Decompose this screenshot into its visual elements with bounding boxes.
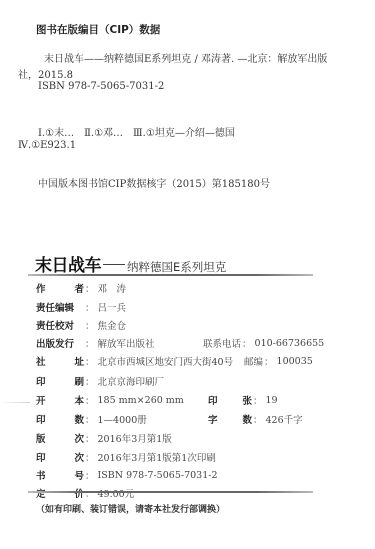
row-label: 作者 (36, 281, 84, 295)
row-label: 开本 (36, 393, 84, 407)
colophon-row-format: 开本 ： 185 mm×260 mm (36, 393, 184, 407)
cip-classification-line-1: Ⅰ.①末… Ⅱ.①邓… Ⅲ.①坦克—介绍—德国 (38, 124, 235, 139)
row-value: ISBN 978-7-5065-7031-2 (98, 470, 218, 481)
colophon-row-printer: 印刷 ： 北京京海印刷厂 (36, 374, 164, 388)
row-value: 1—4000册 (98, 412, 147, 426)
row-value: 解放军出版社 (98, 336, 155, 350)
row-label: 印数 (36, 412, 84, 426)
row-value: 北京京海印刷厂 (98, 374, 165, 388)
colophon-word-count: 字数 ： 426千字 (208, 412, 303, 426)
row-value: 49.00元 (98, 486, 135, 500)
colophon-row-edition: 版次 ： 2016年3月第1版 (36, 431, 172, 445)
book-title-subtitle: 纳粹德国E系列坦克 (127, 259, 226, 275)
row-label: 定价 (36, 486, 84, 500)
row-label: 责任校对 (36, 318, 84, 332)
colophon-row-proofreader: 责任校对 ： 焦金仓 (36, 318, 126, 332)
colophon-postcode: 邮编 ： 100035 (244, 354, 313, 368)
row-label: 印刷 (36, 374, 84, 388)
colophon-sheets: 印张 ： 19 (208, 393, 278, 407)
cip-isbn-line: ISBN 978-7-5065-7031-2 (38, 81, 164, 92)
colophon-row-address: 社址 ： 北京市西城区地安门西大街40号 (36, 354, 233, 368)
row-value: 吕一兵 (98, 300, 127, 314)
colophon-row-impression: 印次 ： 2016年3月第1版第1次印刷 (36, 450, 216, 464)
colophon-row-isbn: 书号 ： ISBN 978-7-5065-7031-2 (36, 468, 218, 482)
footer-note: （如有印刷、装订错误，请寄本社发行部调换） (36, 502, 225, 515)
row-value: 北京市西城区地安门西大街40号 (98, 354, 234, 368)
row-value: 2016年3月第1版 (98, 431, 172, 445)
row-value: 焦金仓 (98, 318, 127, 332)
cip-entry-line-2: 社，2015.8 (18, 66, 73, 81)
row-label: 版次 (36, 431, 84, 445)
book-title: 末日战车 纳粹德国E系列坦克 (35, 251, 226, 276)
row-value: 2016年3月第1版第1次印刷 (98, 450, 216, 464)
colophon-row-print-run: 印数 ： 1—4000册 (36, 412, 147, 426)
scan-speck (0, 402, 30, 403)
colophon-row-editor: 责任编辑 ： 吕一兵 (36, 300, 126, 314)
cip-classification-line-2: Ⅳ.①E923.1 (18, 140, 76, 151)
book-title-main: 末日战车 (35, 251, 101, 276)
row-label: 书号 (36, 468, 84, 482)
colophon-phone: 联系电话 ： 010-66736655 (203, 336, 324, 350)
row-label: 出版发行 (36, 336, 84, 350)
colophon-row-price: 定价 ： 49.00元 (36, 486, 134, 500)
row-value: 185 mm×260 mm (98, 395, 184, 406)
cip-number: 中国版本图书馆CIP数据核字（2015）第185180号 (38, 175, 270, 190)
bottom-rule (28, 491, 313, 493)
colophon-row-author: 作者 ： 邓 涛 (36, 281, 126, 295)
row-label: 责任编辑 (36, 300, 84, 314)
cip-entry-line-1: 末日战车——纳粹德国E系列坦克 / 邓涛著. —北京：解放军出版 (44, 50, 327, 65)
row-label: 社址 (36, 354, 84, 368)
colophon-row-publisher: 出版发行 ： 解放军出版社 (36, 336, 155, 350)
row-label: 印次 (36, 450, 84, 464)
cip-heading: 图书在版编目（CIP）数据 (36, 22, 160, 37)
title-dash (103, 264, 125, 265)
row-value: 邓 涛 (98, 281, 127, 295)
top-rule (28, 274, 313, 276)
